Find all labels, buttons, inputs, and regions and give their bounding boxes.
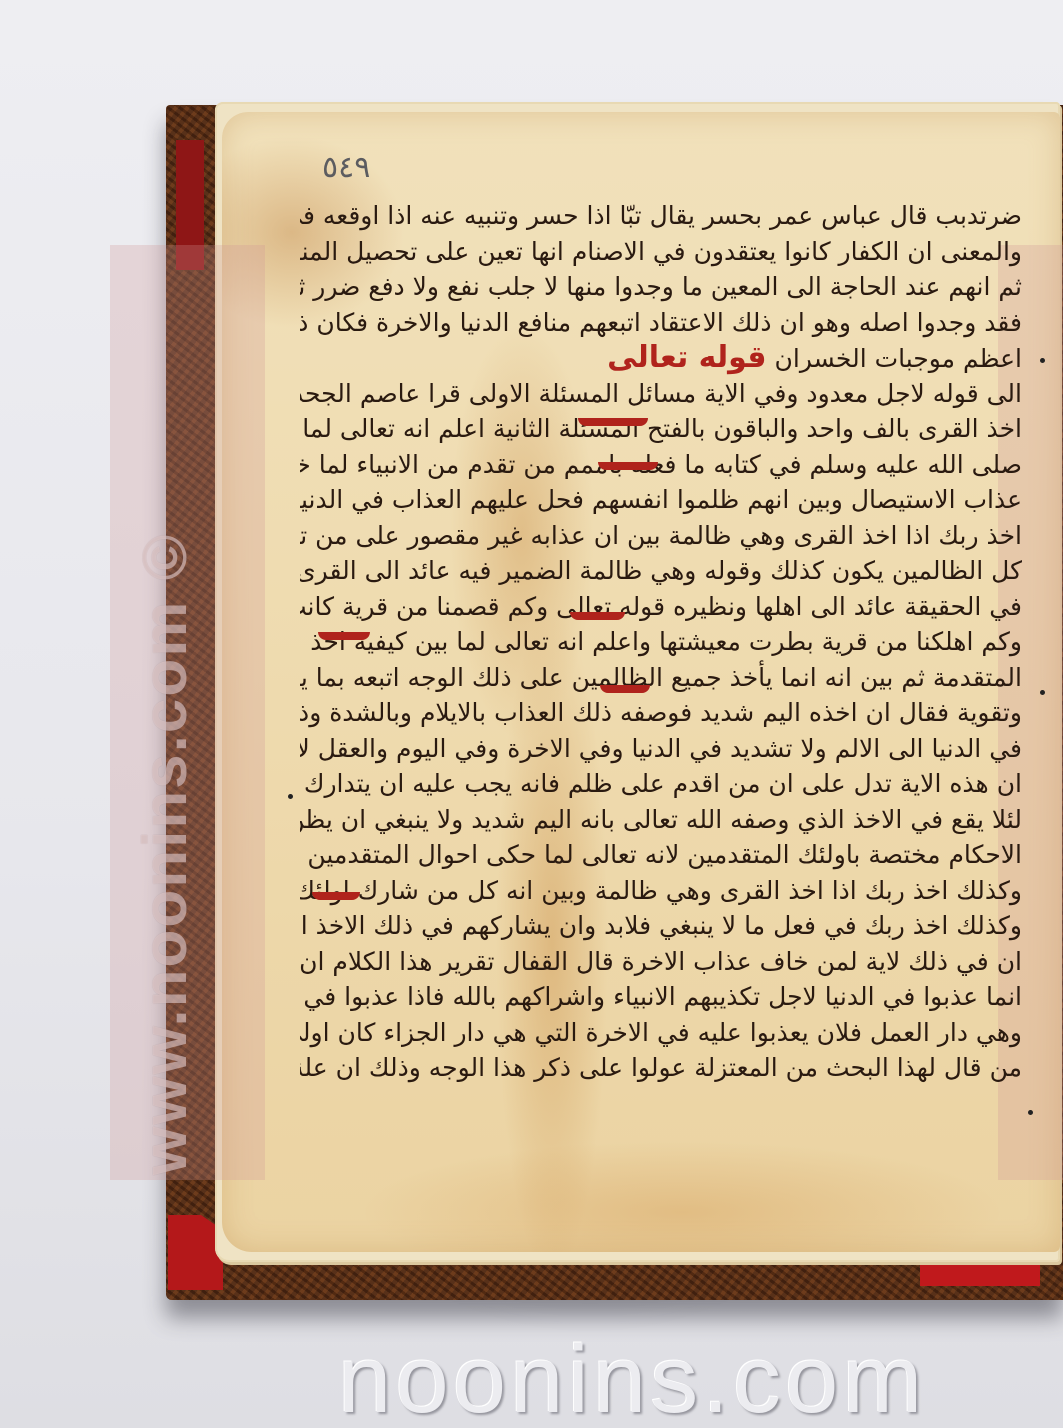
text-line: وكذلك اخذ ربك في فعل ما لا ينبغي فلابد و… [300,908,1022,944]
margin-dot [288,794,293,799]
text-line: من قال لهذا البحث من المعتزلة عولوا على … [300,1050,1022,1086]
text-line: الى قوله لاجل معدود وفي الاية مسائل المس… [300,376,1022,412]
manuscript-text: ضرتدبب قال عباس عمر بحسر يقال تبّا اذا ح… [300,198,1022,1086]
text-segment: اعظم موجبات الخسران [775,344,1022,373]
text-line: صلى الله عليه وسلم في كتابه ما فعله بامم… [300,447,1022,483]
text-line: ان هذه الاية تدل على ان من اقدم على ظلم … [300,766,1022,802]
red-overline-mark [570,612,625,620]
text-line: المتقدمة ثم بين انه انما يأخذ جميع الظال… [300,660,1022,696]
margin-dot [1040,358,1045,363]
red-overline-mark [318,632,370,640]
text-line: وكذلك اخذ ربك اذا اخذ القرى وهي ظالمة وب… [300,873,1022,909]
margin-dot [1028,1110,1033,1115]
red-overline-mark [600,685,650,693]
text-line: لئلا يقع في الاخذ الذي وصفه الله تعالى ب… [300,802,1022,838]
text-line: انما عذبوا في الدنيا لاجل تكذيبهم الانبي… [300,979,1022,1015]
rubric-heading: قوله تعالى [607,340,766,375]
watermark-vertical: www.noonins.com © [130,533,201,1175]
text-line: الاحكام مختصة باولئك المتقدمين لانه تعال… [300,837,1022,873]
text-line: وكم اهلكنا من قرية بطرت معيشتها واعلم ان… [300,624,1022,660]
red-overline-mark [312,892,360,900]
text-line: ان في ذلك لاية لمن خاف عذاب الاخرة قال ا… [300,944,1022,980]
text-line: وهي دار العمل فلان يعذبوا عليه في الاخرة… [300,1015,1022,1051]
red-overline-mark [578,418,648,426]
folio-number: ٥٤٩ [322,150,370,185]
text-line-with-rubric: اعظم موجبات الخسران قوله تعالى [300,340,1022,376]
text-line: كل الظالمين يكون كذلك وقوله وهي ظالمة ال… [300,553,1022,589]
text-line: اخذ القرى بالف واحد والباقون بالفتح المس… [300,411,1022,447]
red-overline-mark [598,462,658,470]
cover-red-corner-bottom-right [920,1258,1040,1286]
watermark-bottom: noonins.com [338,1325,926,1428]
text-line: في الحقيقة عائد الى اهلها ونظيره قوله تع… [300,589,1022,625]
text-line: فقد وجدوا اصله وهو ان ذلك الاعتقاد اتبعه… [300,305,1022,341]
text-line: اخذ ربك اذا اخذ القرى وهي ظالمة بين ان ع… [300,518,1022,554]
text-line: والمعنى ان الكفار كانوا يعتقدون في الاصن… [300,234,1022,270]
text-line: في الدنيا الى الالم ولا تشديد في الدنيا … [300,731,1022,767]
text-line: وتقوية فقال ان اخذه اليم شديد فوصفه ذلك … [300,695,1022,731]
text-line: عذاب الاستيصال وبين انهم ظلموا انفسهم فح… [300,482,1022,518]
text-line: ضرتدبب قال عباس عمر بحسر يقال تبّا اذا ح… [300,198,1022,234]
text-line: ثم انهم عند الحاجة الى المعين ما وجدوا م… [300,269,1022,305]
margin-dot [1040,690,1045,695]
